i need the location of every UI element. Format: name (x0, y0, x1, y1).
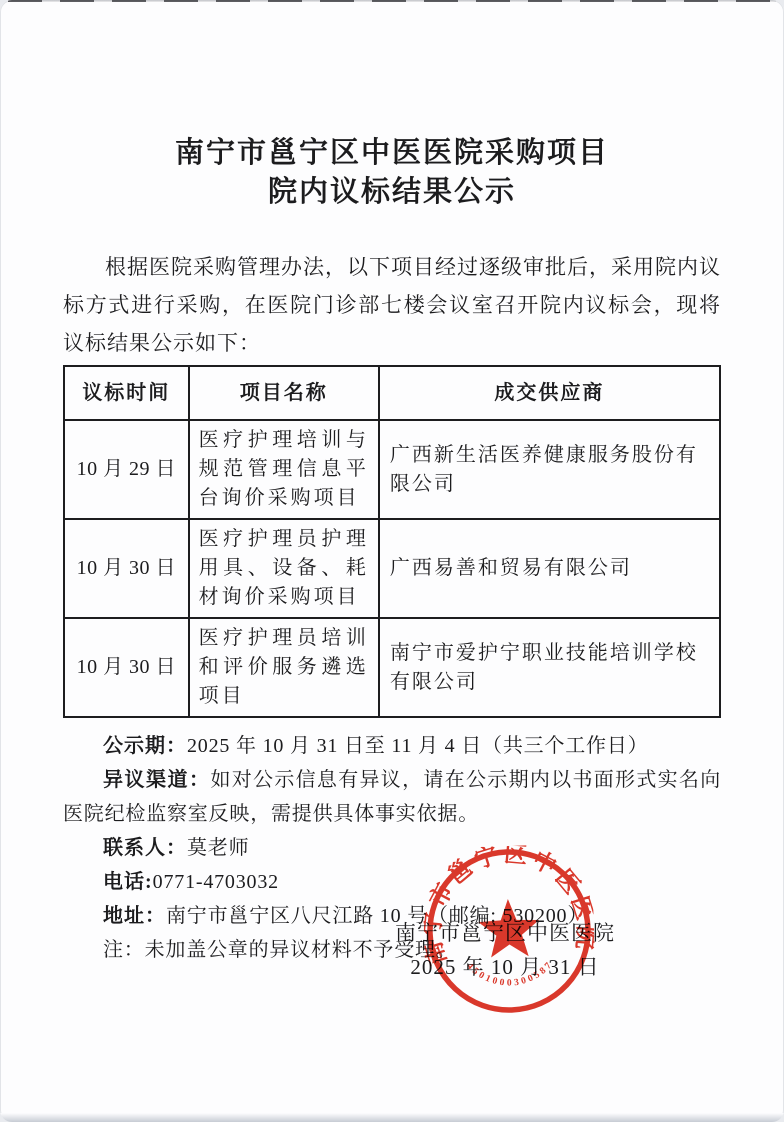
header-winning-supplier: 成交供应商 (379, 366, 720, 420)
header-bid-time: 议标时间 (64, 366, 189, 420)
supplier-cell: 广西新生活医养健康服务股份有限公司 (379, 420, 720, 519)
document-page: 南宁市邕宁区中医医院采购项目 院内议标结果公示 根据医院采购管理办法，以下项目经… (0, 0, 784, 1122)
seal-code-text: 4501000300587 (464, 959, 554, 991)
notice-label: 异议渠道： (103, 769, 210, 791)
supplier-cell: 南宁市爱护宁职业技能培训学校有限公司 (379, 618, 720, 717)
bid-time-cell: 10 月 30 日 (64, 519, 189, 618)
supplier-cell: 广西易善和贸易有限公司 (379, 519, 720, 618)
intro-paragraph: 根据医院采购管理办法，以下项目经过逐级审批后，采用院内议标方式进行采购，在医院门… (63, 248, 721, 362)
notice-contact-person: 联系人：莫老师 (63, 831, 721, 865)
bid-time-cell: 10 月 29 日 (64, 420, 189, 519)
scanned-notice-page: { "title": { "line1": "南宁市邕宁区中医医院采购项目", … (0, 0, 784, 1122)
table-header-row: 议标时间 项目名称 成交供应商 (64, 366, 720, 420)
notice-label: 联系人： (103, 837, 187, 859)
document-content: 南宁市邕宁区中医医院采购项目 院内议标结果公示 根据医院采购管理办法，以下项目经… (63, 0, 721, 967)
title-line-1: 南宁市邕宁区中医医院采购项目 (63, 134, 721, 173)
table-row: 10 月 29 日 医疗护理培训与规范管理信息平台询价采购项目 广西新生活医养健… (64, 420, 720, 519)
project-name-cell: 医疗护理培训与规范管理信息平台询价采购项目 (189, 420, 379, 519)
notice-publicity-period: 公示期：2025 年 10 月 31 日至 11 月 4 日（共三个工作日） (63, 729, 721, 763)
notice-label: 电话: (103, 871, 153, 893)
notice-label: 地址： (103, 905, 166, 927)
seal-star-icon (478, 898, 541, 958)
header-project-name: 项目名称 (189, 366, 379, 420)
notice-phone: 电话:0771-4703032 (63, 865, 721, 899)
document-title: 南宁市邕宁区中医医院采购项目 院内议标结果公示 (63, 134, 721, 212)
notice-text: 2025 年 10 月 31 日至 11 月 4 日（共三个工作日） (187, 735, 648, 757)
notice-label: 注： (103, 939, 145, 961)
project-name-cell: 医疗护理员培训和评价服务遴选项目 (189, 618, 379, 717)
bid-time-cell: 10 月 30 日 (64, 618, 189, 717)
notice-label: 公示期： (103, 735, 187, 757)
bid-results-table: 议标时间 项目名称 成交供应商 10 月 29 日 医疗护理培训与规范管理信息平… (63, 365, 721, 718)
notice-objection-channel: 异议渠道：如对公示信息有异议，请在公示期内以书面形式实名向医院纪检监察室反映，需… (63, 763, 721, 831)
table-row: 10 月 30 日 医疗护理员培训和评价服务遴选项目 南宁市爱护宁职业技能培训学… (64, 618, 720, 717)
official-seal: 南宁市邕宁区中医医院 4501000300587 (421, 843, 597, 1019)
notice-text: 0771-4703032 (153, 871, 279, 893)
table-row: 10 月 30 日 医疗护理员护理用具、设备、耗材询价采购项目 广西易善和贸易有… (64, 519, 720, 618)
notice-text: 莫老师 (187, 837, 249, 859)
project-name-cell: 医疗护理员护理用具、设备、耗材询价采购项目 (189, 519, 379, 618)
title-line-2: 院内议标结果公示 (63, 173, 721, 212)
